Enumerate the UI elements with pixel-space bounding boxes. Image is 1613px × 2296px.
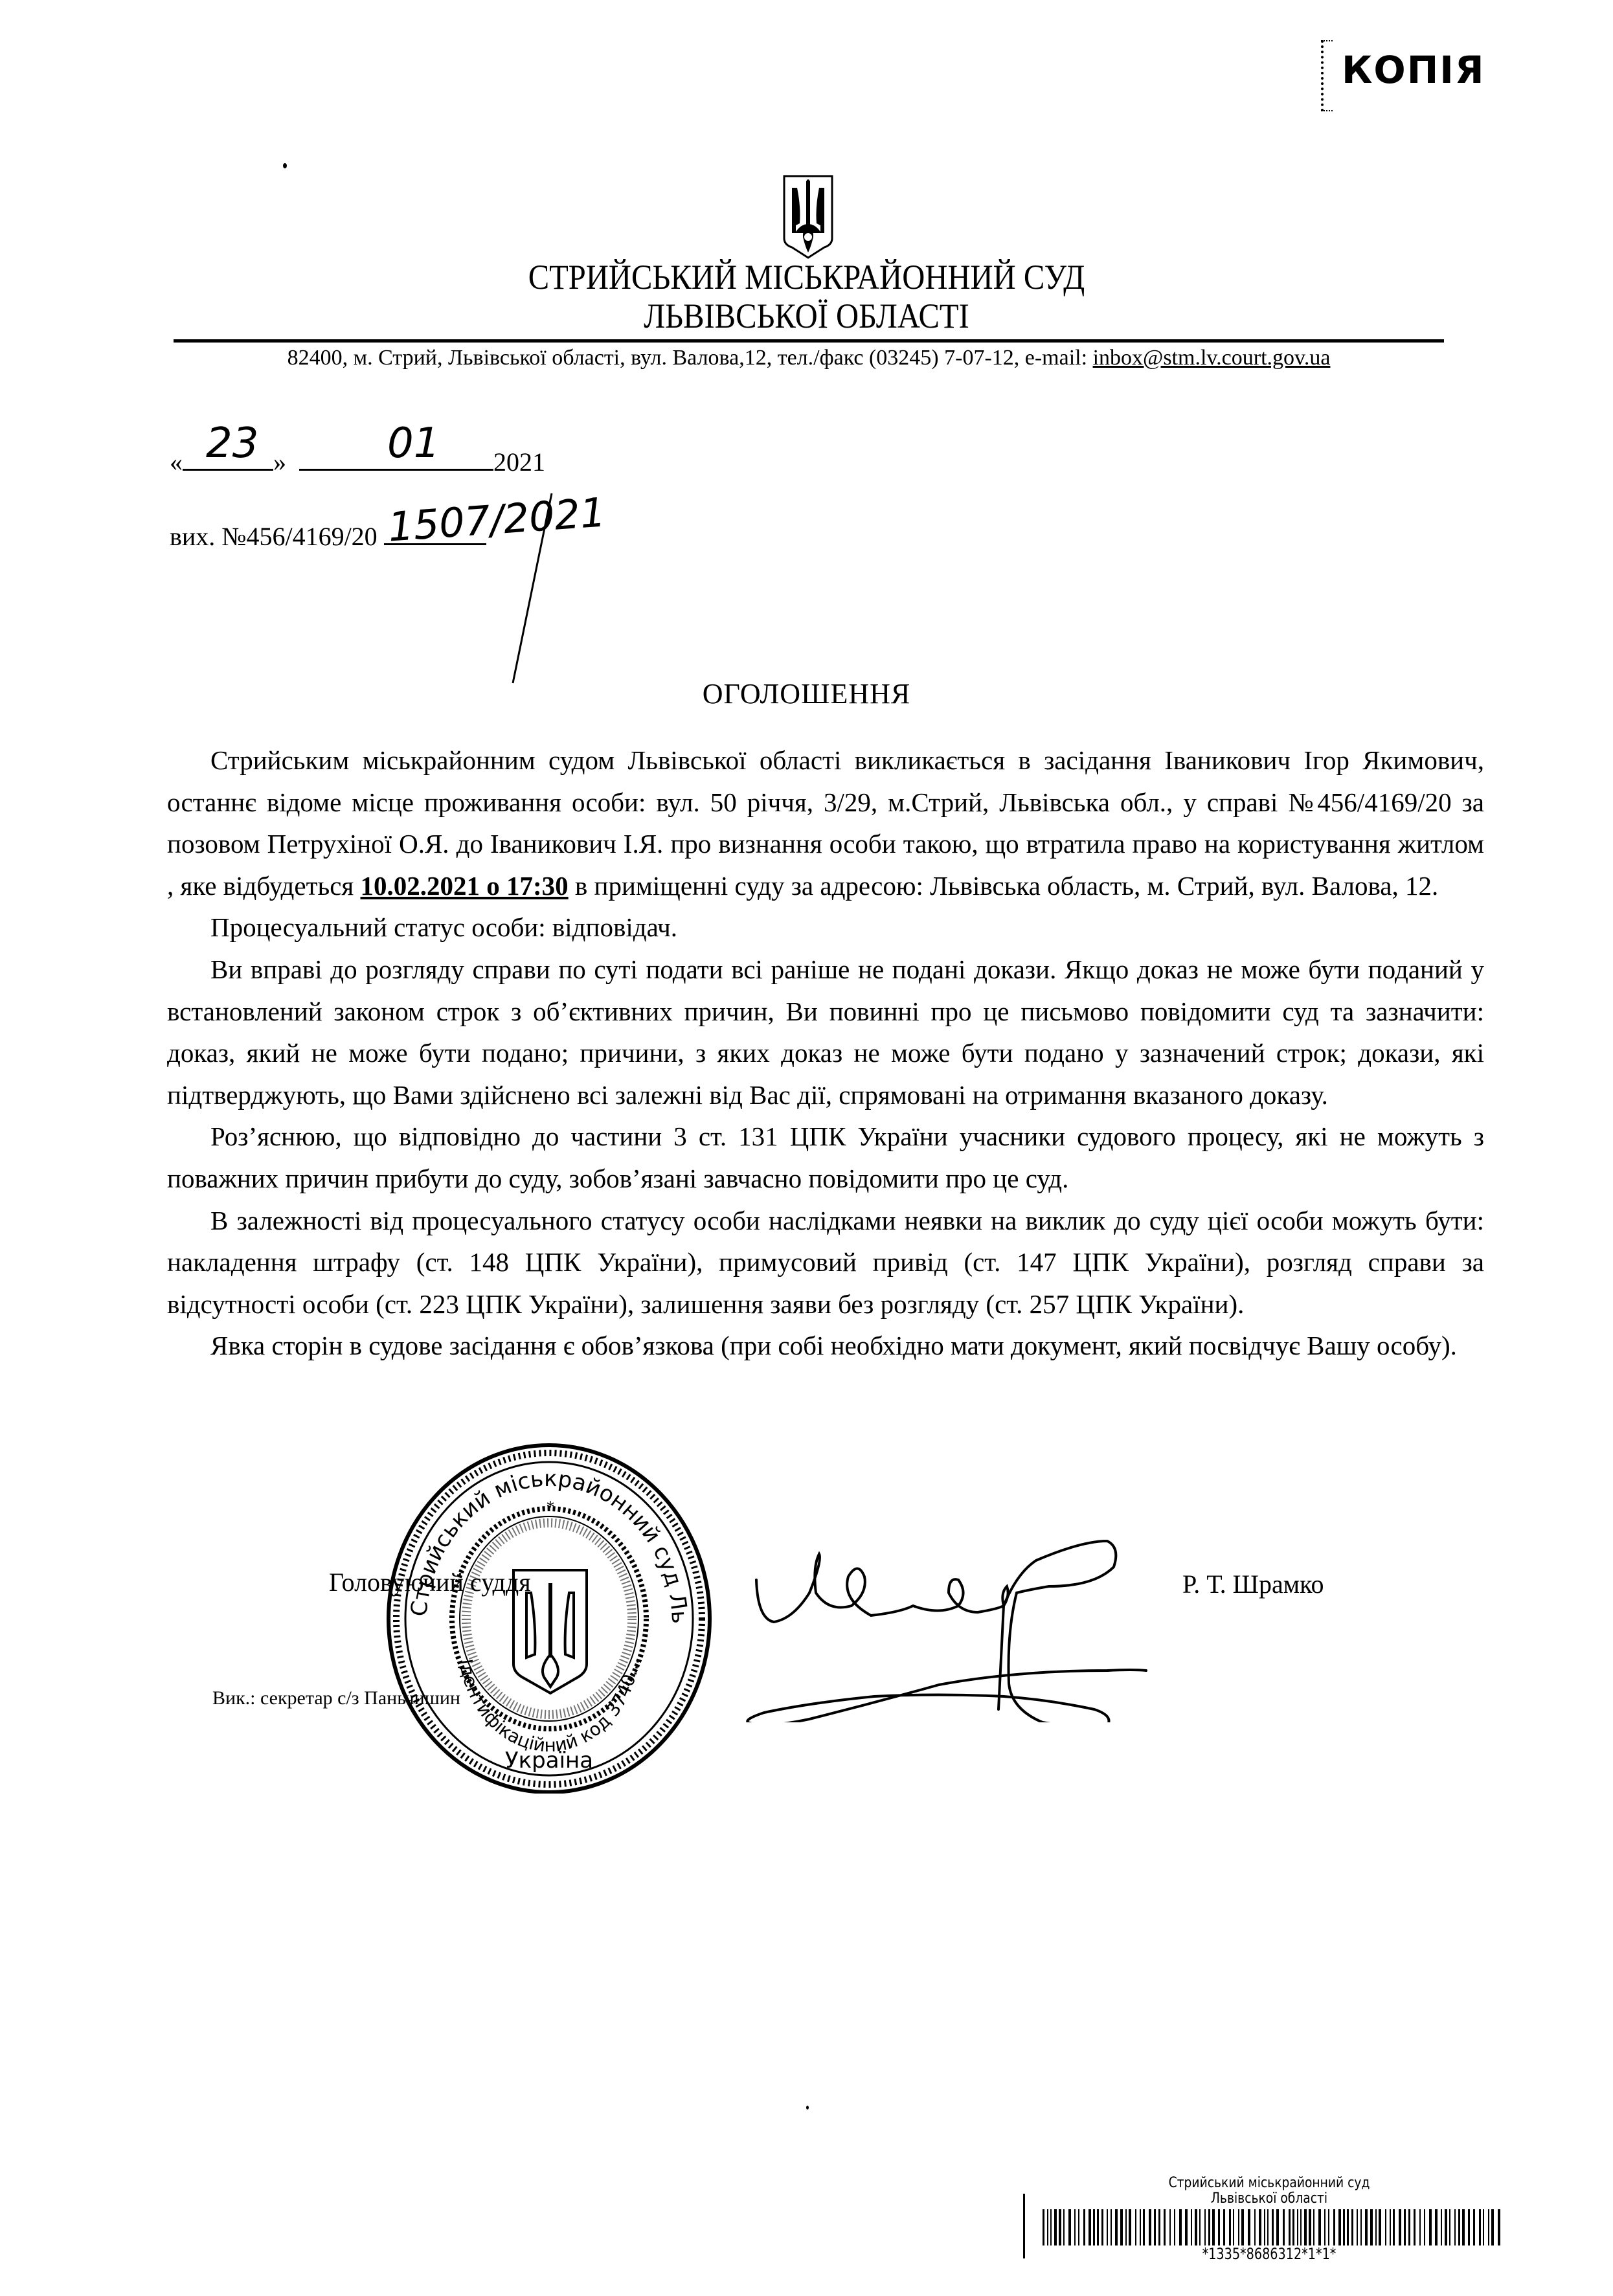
court-email-link[interactable]: inbox@stm.lv.court.gov.ua (1093, 346, 1331, 370)
paragraph-procedural-status: Процесуальний статус особи: відповідач. (167, 906, 1484, 949)
date-month-handwritten: 01 (387, 420, 440, 467)
copy-stamp: КОПІЯ (1321, 32, 1502, 123)
date-open-quote: « (170, 447, 183, 477)
date-month-field: 01 (299, 447, 493, 471)
barcode-caption-line1: Стрийський міськрайонний суд (1060, 2176, 1478, 2191)
outgoing-number: вих. №456/4169/20 1507/2021 (170, 521, 486, 552)
summons-location: в приміщенні суду за адресою: Львівська … (569, 871, 1439, 901)
svg-text:Україна: Україна (505, 1748, 593, 1773)
document-date: «23» 012021 (170, 447, 545, 477)
svg-text:Ідентифікаційний код 3740…: Ідентифікаційний код 3740… (455, 1656, 644, 1756)
court-name-heading: СТРИЙСЬКИЙ МІСЬКРАЙОННИЙ СУД ЛЬВІВСЬКОЇ … (81, 258, 1533, 335)
outgoing-number-handwritten: 1507/2021 (387, 488, 607, 550)
barcode-caption-line2: Львівської області (1060, 2191, 1478, 2207)
barcode-bars (1023, 2209, 1515, 2245)
paragraph-attendance: Явка сторін в судове засідання є обов’яз… (167, 1325, 1484, 1367)
paragraph-consequences: В залежності від процесуального статусу … (167, 1200, 1484, 1325)
outgoing-prefix: вих. №456/4169/20 (170, 522, 378, 551)
judge-signature (745, 1515, 1276, 1722)
court-address: 82400, м. Стрий, Львівської області, вул… (174, 346, 1444, 370)
handwritten-slash-mark (505, 492, 557, 686)
svg-text:*: * (547, 1498, 555, 1516)
registry-barcode: Стрийський міськрайонний суд Львівської … (1023, 2176, 1515, 2262)
notice-title: ОГОЛОШЕННЯ (0, 677, 1613, 710)
outgoing-number-field: 1507/2021 (384, 521, 486, 545)
hearing-datetime: 10.02.2021 о 17:30 (361, 871, 569, 901)
paragraph-evidence: Ви вправі до розгляду справи по суті под… (167, 949, 1484, 1116)
date-day-handwritten: 23 (206, 420, 258, 467)
paragraph-explanation: Роз’яснюю, що відповідно до частини 3 ст… (167, 1116, 1484, 1199)
scan-speck (806, 2106, 809, 2110)
date-close-quote: » (273, 447, 286, 477)
date-day-field: 23 (183, 447, 273, 471)
scan-speck (283, 163, 287, 168)
notice-body: Стрийським міськрайонним судом Львівсько… (167, 739, 1484, 1367)
barcode-number: *1335*8686312*1*1* (1072, 2245, 1466, 2262)
header-divider (174, 339, 1444, 343)
tryzub-coat-of-arms-icon (782, 162, 835, 259)
court-name-line1: СТРИЙСЬКИЙ МІСЬКРАЙОННИЙ СУД (81, 258, 1533, 297)
court-seal-stamp: Стрийський міськрайонний суд Львівської … (381, 1431, 717, 1794)
court-name-line2: ЛЬВІВСЬКОЇ ОБЛАСТІ (81, 297, 1533, 335)
copy-stamp-label: КОПІЯ (1342, 48, 1485, 92)
paragraph-summons: Стрийським міськрайонним судом Львівсько… (167, 739, 1484, 906)
copy-stamp-bracket (1321, 40, 1333, 111)
date-year: 2021 (493, 447, 545, 477)
address-text: 82400, м. Стрий, Львівської області, вул… (288, 346, 1093, 370)
